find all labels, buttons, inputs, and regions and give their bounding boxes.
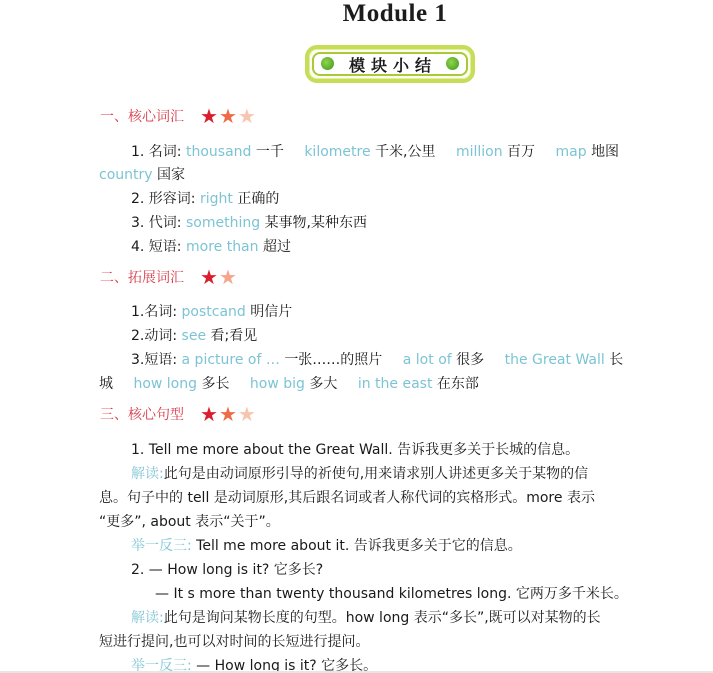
vocab-line-adjective: 2. 形容词: right 正确的 — [131, 189, 279, 209]
ext-line-verb: 2.动词: see 看;看见 — [131, 326, 257, 346]
green-dot-icon — [321, 57, 334, 70]
ext-line-phrases-wrap: 城 how long 多长 how big 多大 in the east 在东部 — [99, 374, 479, 394]
vocab-line-phrase: 4. 短语: more than 超过 — [131, 237, 291, 257]
note-1-line-2: 息。句子中的 tell 是动词原形,其后跟名词或者人称代词的宾格形式。more … — [99, 488, 595, 508]
sentence-1: 1. Tell me more about the Great Wall. 告诉… — [131, 440, 579, 460]
star-icon: ★ — [238, 404, 256, 424]
note-2-line-1: 解读:此句是询问某物长度的句型。how long 表示“多长”,既可以对某物的长 — [131, 608, 601, 628]
sentence-2b: — It s more than twenty thousand kilomet… — [155, 584, 628, 604]
star-icon: ★ — [219, 267, 237, 287]
section-heading-extended-vocab: 二、拓展词汇 ★ ★ — [100, 267, 237, 287]
vocab-line-pronoun: 3. 代词: something 某事物,某种东西 — [131, 213, 367, 233]
star-icon: ★ — [238, 106, 256, 126]
difficulty-stars: ★ ★ ★ — [200, 106, 256, 126]
section-heading-core-sentences: 三、核心句型 ★ ★ ★ — [100, 404, 256, 424]
star-icon: ★ — [219, 106, 237, 126]
ext-line-phrases: 3.短语: a picture of … 一张……的照片 a lot of 很多… — [131, 350, 623, 370]
difficulty-stars: ★ ★ ★ — [200, 404, 256, 424]
note-1-line-1: 解读:此句是由动词原形引导的祈使句,用来请求别人讲述更多关于某物的信 — [131, 464, 588, 484]
module-title: Module 1 — [0, 0, 713, 28]
sentence-2a: 2. — How long is it? 它多长? — [131, 560, 323, 580]
summary-badge: 模块小结 — [305, 45, 475, 83]
example-1: 举一反三: Tell me more about it. 告诉我更多关于它的信息… — [131, 536, 522, 556]
badge-label: 模块小结 — [349, 53, 437, 76]
note-1-line-3: “更多”, about 表示“关于”。 — [99, 512, 280, 532]
note-2-line-2: 短进行提问,也可以对时间的长短进行提问。 — [99, 632, 369, 652]
star-icon: ★ — [219, 404, 237, 424]
difficulty-stars: ★ ★ — [200, 267, 237, 287]
star-icon: ★ — [200, 106, 218, 126]
ext-line-noun: 1.名词: postcand 明信片 — [131, 302, 292, 322]
vocab-line-nouns: 1. 名词: thousand 一千 kilometre 千米,公里 milli… — [131, 142, 619, 162]
star-icon: ★ — [200, 404, 218, 424]
document-page: Module 1 模块小结 一、核心词汇 ★ ★ ★ 1. 名词: thousa… — [0, 0, 713, 671]
section-heading-core-vocab: 一、核心词汇 ★ ★ ★ — [100, 106, 256, 126]
star-icon: ★ — [200, 267, 218, 287]
green-dot-icon — [446, 57, 459, 70]
vocab-line-nouns-wrap: country 国家 — [99, 165, 185, 185]
